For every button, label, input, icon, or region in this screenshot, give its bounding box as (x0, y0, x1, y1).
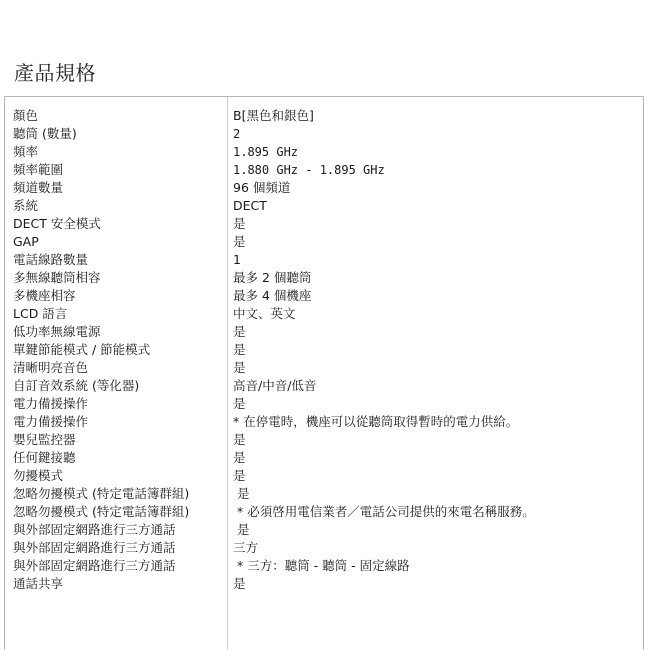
spec-label: GAP (5, 233, 225, 251)
spec-value: 是 (227, 215, 246, 233)
spec-row-power-backup-note: 電力備援操作 * 在停電時，機座可以從聽筒取得暫時的電力供給。 (5, 413, 643, 431)
spec-row-channels: 頻道數量 96 個頻道 (5, 179, 643, 197)
spec-value: 1.880 GHz - 1.895 GHz (227, 161, 385, 179)
spec-label: 聽筒 (數量) (5, 125, 225, 143)
spec-label: LCD 語言 (5, 305, 225, 323)
spec-rows: 顏色 B[黑色和銀色] 聽筒 (數量) 2 頻率 1.895 GHz 頻率範圍 … (5, 107, 643, 593)
spec-row-frequency-range: 頻率範圍 1.880 GHz - 1.895 GHz (5, 161, 643, 179)
spec-value: 高音/中音/低音 (227, 377, 316, 395)
spec-value: * 在停電時，機座可以從聽筒取得暫時的電力供給。 (227, 413, 518, 431)
spec-row-baby-monitor: 嬰兒監控器 是 (5, 431, 643, 449)
spec-label: 頻率 (5, 143, 225, 161)
spec-label: 通話共享 (5, 575, 225, 593)
spec-row-three-way-call-note: 與外部固定網路進行三方通話 * 三方：聽筒 - 聽筒 - 固定線路 (5, 557, 643, 575)
spec-row-any-key-answer: 任何鍵接聽 是 (5, 449, 643, 467)
spec-value: * 三方：聽筒 - 聽筒 - 固定線路 (227, 557, 410, 575)
spec-value: 中文、英文 (227, 305, 296, 323)
spec-value: 是 (227, 449, 246, 467)
spec-row-phone-lines: 電話線路數量 1 (5, 251, 643, 269)
spec-row-dnd-override-note: 忽略勿擾模式 (特定電話簿群組) * 必須啓用電信業者／電話公司提供的來電名稱服… (5, 503, 643, 521)
spec-row-lcd-language: LCD 語言 中文、英文 (5, 305, 643, 323)
spec-label: 任何鍵接聽 (5, 449, 225, 467)
spec-label: 顏色 (5, 107, 225, 125)
spec-value: 是 (227, 359, 246, 377)
spec-row-dnd-override: 忽略勿擾模式 (特定電話簿群組) 是 (5, 485, 643, 503)
spec-label: 電力備援操作 (5, 413, 225, 431)
spec-value: 是 (227, 467, 246, 485)
spec-row-three-way-call-type: 與外部固定網路進行三方通話 三方 (5, 539, 643, 557)
spec-row-dect-security: DECT 安全模式 是 (5, 215, 643, 233)
spec-value: * 必須啓用電信業者／電話公司提供的來電名稱服務。 (227, 503, 535, 521)
spec-label: 多無線聽筒相容 (5, 269, 225, 287)
spec-value: 是 (227, 323, 246, 341)
spec-label: 低功率無線電源 (5, 323, 225, 341)
spec-value: 三方 (227, 539, 258, 557)
spec-row-low-power: 低功率無線電源 是 (5, 323, 643, 341)
spec-label: 與外部固定網路進行三方通話 (5, 521, 225, 539)
spec-value: 最多 4 個機座 (227, 287, 311, 305)
spec-label: 與外部固定網路進行三方通話 (5, 539, 225, 557)
spec-row-multi-base: 多機座相容 最多 4 個機座 (5, 287, 643, 305)
spec-value: 是 (227, 395, 246, 413)
spec-table: 顏色 B[黑色和銀色] 聽筒 (數量) 2 頻率 1.895 GHz 頻率範圍 … (4, 96, 644, 650)
spec-row-system: 系統 DECT (5, 197, 643, 215)
spec-row-gap: GAP 是 (5, 233, 643, 251)
spec-value: 是 (227, 485, 249, 503)
spec-label: 嬰兒監控器 (5, 431, 225, 449)
spec-row-do-not-disturb: 勿擾模式 是 (5, 467, 643, 485)
spec-value: 最多 2 個聽筒 (227, 269, 311, 287)
spec-row-power-backup: 電力備援操作 是 (5, 395, 643, 413)
spec-value: 是 (227, 431, 246, 449)
spec-label: 自訂音效系統 (等化器) (5, 377, 225, 395)
spec-label: 系統 (5, 197, 225, 215)
spec-row-call-share: 通話共享 是 (5, 575, 643, 593)
spec-label: 多機座相容 (5, 287, 225, 305)
spec-label: 電力備援操作 (5, 395, 225, 413)
spec-label: 頻率範圍 (5, 161, 225, 179)
spec-label: DECT 安全模式 (5, 215, 225, 233)
spec-value: 2 (227, 125, 240, 143)
spec-label: 與外部固定網路進行三方通話 (5, 557, 225, 575)
spec-label: 單鍵節能模式 / 節能模式 (5, 341, 225, 359)
spec-value: 是 (227, 341, 246, 359)
spec-label: 清晰明亮音色 (5, 359, 225, 377)
spec-row-handset-count: 聽筒 (數量) 2 (5, 125, 643, 143)
spec-label: 忽略勿擾模式 (特定電話簿群組) (5, 503, 225, 521)
spec-label: 頻道數量 (5, 179, 225, 197)
spec-row-eco-mode: 單鍵節能模式 / 節能模式 是 (5, 341, 643, 359)
spec-row-equalizer: 自訂音效系統 (等化器) 高音/中音/低音 (5, 377, 643, 395)
spec-value: 96 個頻道 (227, 179, 290, 197)
spec-value: 1.895 GHz (227, 143, 298, 161)
spec-value: DECT (227, 197, 267, 215)
spec-value: B[黑色和銀色] (227, 107, 314, 125)
spec-label: 勿擾模式 (5, 467, 225, 485)
spec-label: 忽略勿擾模式 (特定電話簿群組) (5, 485, 225, 503)
spec-row-color: 顏色 B[黑色和銀色] (5, 107, 643, 125)
spec-row-frequency: 頻率 1.895 GHz (5, 143, 643, 161)
spec-row-three-way-call: 與外部固定網路進行三方通話 是 (5, 521, 643, 539)
page-title: 產品規格 (14, 60, 96, 86)
spec-value: 是 (227, 575, 246, 593)
spec-value: 是 (227, 521, 249, 539)
spec-value: 1 (227, 251, 241, 269)
spec-label: 電話線路數量 (5, 251, 225, 269)
spec-row-multi-handset: 多無線聽筒相容 最多 2 個聽筒 (5, 269, 643, 287)
spec-value: 是 (227, 233, 246, 251)
spec-row-clear-sound: 清晰明亮音色 是 (5, 359, 643, 377)
